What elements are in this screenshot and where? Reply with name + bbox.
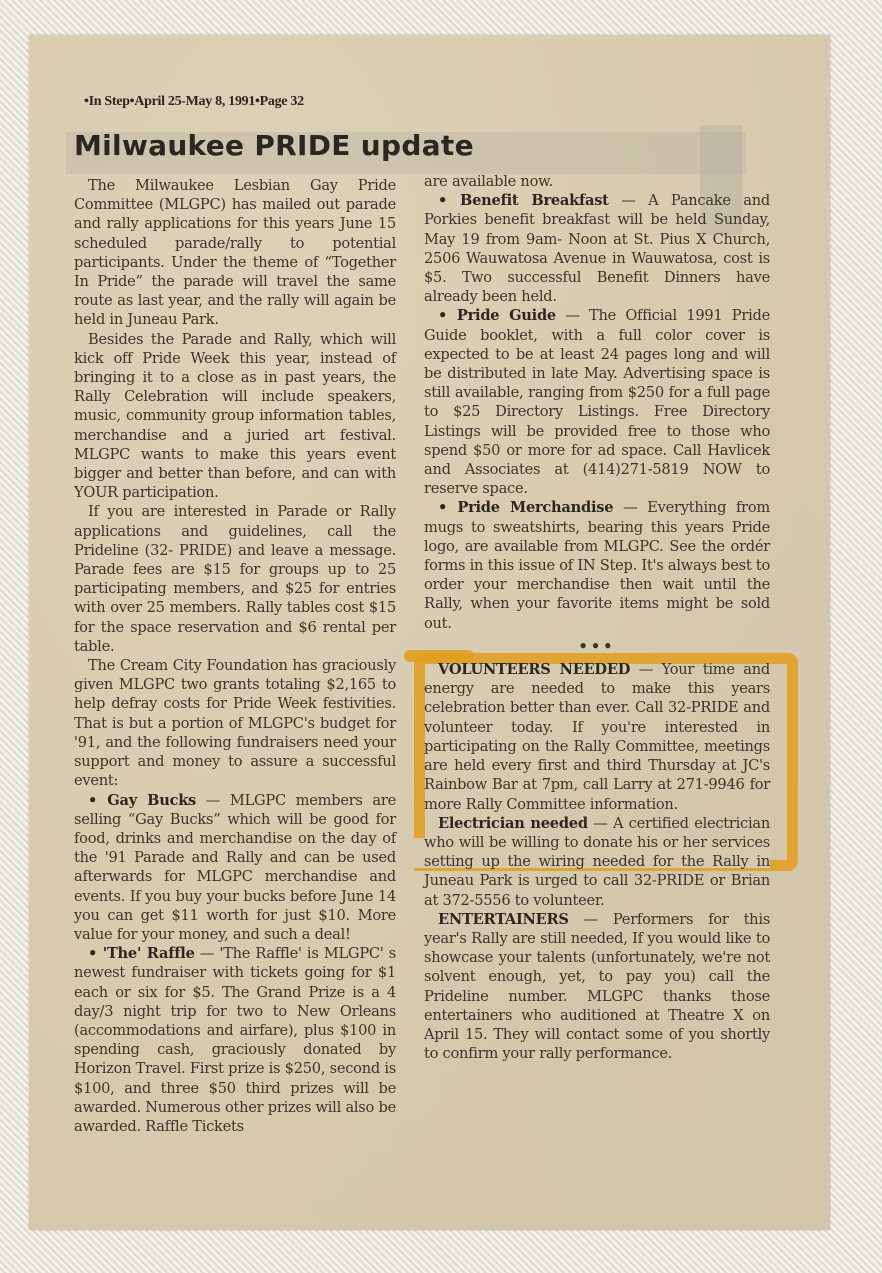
item-pride-merchandise: • Pride Merchandise — Everything from mu… — [424, 498, 770, 632]
page-title: Milwaukee PRIDE update — [74, 129, 474, 162]
item-raffle: • 'The' Raffle — 'The Raffle' is MLGPC' … — [74, 944, 396, 1136]
item-text: — Everything from mugs to sweatshirts, b… — [424, 499, 770, 631]
item-label: • Pride Merchandise — [438, 499, 613, 516]
item-label: • Gay Bucks — [88, 792, 196, 809]
item-text: — Performers for this year's Rally are s… — [424, 911, 770, 1062]
paragraph-intro: The Milwaukee Lesbian Gay Pride Committe… — [74, 176, 396, 330]
section-separator: ••• — [424, 637, 770, 656]
item-entertainers: ENTERTAINERS — Performers for this year'… — [424, 910, 770, 1064]
item-text: — MLGPC members are selling “Gay Bucks” … — [74, 792, 396, 943]
item-text: — The Official 1991 Pride Guide booklet,… — [424, 307, 770, 497]
paragraph-applications: If you are interested in Parade or Rally… — [74, 502, 396, 656]
item-benefit-breakfast: • Benefit Breakfast — A Pancake and Pork… — [424, 191, 770, 306]
item-volunteers-needed: VOLUNTEERS NEEDED — Your time and energy… — [424, 660, 770, 814]
item-label: • 'The' Raffle — [88, 945, 195, 962]
item-pride-guide: • Pride Guide — The Official 1991 Pride … — [424, 306, 770, 498]
item-text: — Your time and energy are needed to mak… — [424, 661, 770, 812]
item-label: VOLUNTEERS NEEDED — [438, 661, 630, 678]
raffle-continued: are available now. — [424, 172, 770, 191]
paragraph-rally-celebration: Besides the Parade and Rally, which will… — [74, 330, 396, 503]
item-text: — 'The Raffle' is MLGPC' s newest fundra… — [74, 945, 396, 1135]
article-column-1: The Milwaukee Lesbian Gay Pride Committe… — [74, 176, 396, 1136]
paragraph-cream-city-foundation: The Cream City Foundation has graciously… — [74, 656, 396, 790]
item-label: • Benefit Breakfast — [438, 192, 609, 209]
page-folio: •In Step•April 25-May 8, 1991•Page 32 — [84, 94, 304, 110]
item-gay-bucks: • Gay Bucks — MLGPC members are selling … — [74, 791, 396, 945]
article-column-2: are available now. • Benefit Breakfast —… — [424, 172, 770, 1063]
item-label: • Pride Guide — [438, 307, 556, 324]
item-label: Electrician needed — [438, 815, 588, 832]
item-label: ENTERTAINERS — [438, 911, 569, 928]
item-electrician-needed: Electrician needed — A certified electri… — [424, 814, 770, 910]
